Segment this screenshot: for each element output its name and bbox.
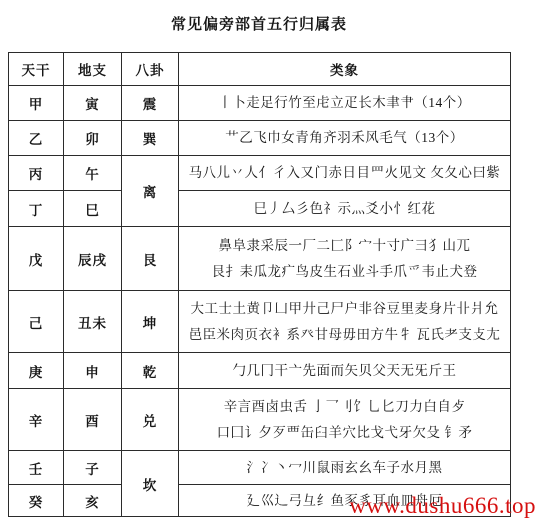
category-line: 氵冫丶冖川鼠雨玄幺车子水月黑 [179,455,510,481]
trigram-cell: 乾 [122,353,179,389]
category-cell: 大工士土黄卩凵甲廾己尸户非谷豆里麦身片卝爿允邑臣米肉页衣衤系癶甘母毋田方牛牜 瓦… [179,291,511,353]
category-line: 巳丿厶彡色礻示灬爻小忄红花 [179,196,510,222]
column-header-category: 类象 [179,53,511,86]
table-row: 戊辰戌艮鼻阜隶采辰一厂二匚阝宀十寸广彐犭山兀艮扌耒瓜龙疒鸟皮生石业斗手爪爫韦止犬… [9,227,511,291]
stem-cell: 乙 [9,121,64,156]
branch-cell: 巳 [64,191,122,227]
page-title: 常见偏旁部首五行归属表 [8,13,510,34]
stem-cell: 甲 [9,86,64,121]
table-row: 壬子坎氵冫丶冖川鼠雨玄幺车子水月黑 [9,451,511,485]
column-header-trigram: 八卦 [122,53,179,86]
radicals-table: 天干 地支 八卦 类象 甲寅震丨卜走足行竹至虍立疋长木聿肀（14个）乙卯巽艹乙飞… [8,52,511,517]
trigram-cell: 艮 [122,227,179,291]
branch-cell: 午 [64,156,122,191]
stem-cell: 癸 [9,485,64,517]
category-cell: 马八儿丷人亻彳入又门赤日目罒火见文 攵夂心曰紫 [179,156,511,191]
stem-cell: 丁 [9,191,64,227]
branch-cell: 亥 [64,485,122,517]
table-row: 丙午离马八儿丷人亻彳入又门赤日目罒火见文 攵夂心曰紫 [9,156,511,191]
trigram-cell: 坤 [122,291,179,353]
category-line: 艮扌耒瓜龙疒鸟皮生石业斗手爪爫韦止犬登 [179,259,510,285]
stem-cell: 己 [9,291,64,353]
table-row: 丁巳巳丿厶彡色礻示灬爻小忄红花 [9,191,511,227]
category-cell: 艹乙飞巾女青角齐羽禾风毛气（13个） [179,121,511,156]
branch-cell: 辰戌 [64,227,122,291]
branch-cell: 酉 [64,389,122,451]
branch-cell: 丑未 [64,291,122,353]
table-row: 甲寅震丨卜走足行竹至虍立疋长木聿肀（14个） [9,86,511,121]
trigram-cell: 离 [122,156,179,227]
table-row: 己丑未坤大工士土黄卩凵甲廾己尸户非谷豆里麦身片卝爿允邑臣米肉页衣衤系癶甘母毋田方… [9,291,511,353]
stem-cell: 戊 [9,227,64,291]
category-cell: 勹几冂干亠先面而矢贝父天无旡斤王 [179,353,511,389]
category-line: 艹乙飞巾女青角齐羽禾风毛气（13个） [179,125,510,151]
category-line: 邑臣米肉页衣衤系癶甘母毋田方牛牜 瓦氏耂支攴尢 [179,322,510,348]
stem-cell: 丙 [9,156,64,191]
column-header-earthly-branch: 地支 [64,53,122,86]
category-cell: 巳丿厶彡色礻示灬爻小忄红花 [179,191,511,227]
table-row: 乙卯巽艹乙飞巾女青角齐羽禾风毛气（13个） [9,121,511,156]
table-row: 庚申乾勹几冂干亠先面而矢贝父天无旡斤王 [9,353,511,389]
category-cell: 丨卜走足行竹至虍立疋长木聿肀（14个） [179,86,511,121]
stem-cell: 壬 [9,451,64,485]
trigram-cell: 巽 [122,121,179,156]
category-line: 马八儿丷人亻彳入又门赤日目罒火见文 攵夂心曰紫 [179,160,510,186]
category-cell: 鼻阜隶采辰一厂二匚阝宀十寸广彐犭山兀艮扌耒瓜龙疒鸟皮生石业斗手爪爫韦止犬登 [179,227,511,291]
column-header-heavenly-stem: 天干 [9,53,64,86]
branch-cell: 卯 [64,121,122,156]
stem-cell: 庚 [9,353,64,389]
category-cell: 氵冫丶冖川鼠雨玄幺车子水月黑 [179,451,511,485]
branch-cell: 申 [64,353,122,389]
watermark-link: www.dushu666.top [349,493,536,518]
category-line: 鼻阜隶采辰一厂二匚阝宀十寸广彐犭山兀 [179,233,510,259]
category-cell: 辛言酉卤虫舌 亅乛刂饣乚匕刀力白自歺口囗讠夕歹覀缶臼羊穴比戈弋牙欠殳 钅矛 [179,389,511,451]
category-line: 辛言酉卤虫舌 亅乛刂饣乚匕刀力白自歺 [179,394,510,420]
trigram-cell: 坎 [122,451,179,517]
trigram-cell: 震 [122,86,179,121]
header-row: 天干 地支 八卦 类象 [9,53,511,86]
category-line: 口囗讠夕歹覀缶臼羊穴比戈弋牙欠殳 钅矛 [179,420,510,446]
category-line: 丨卜走足行竹至虍立疋长木聿肀（14个） [179,90,510,116]
category-line: 勹几冂干亠先面而矢贝父天无旡斤王 [179,358,510,384]
branch-cell: 子 [64,451,122,485]
table-row: 辛酉兑辛言酉卤虫舌 亅乛刂饣乚匕刀力白自歺口囗讠夕歹覀缶臼羊穴比戈弋牙欠殳 钅矛 [9,389,511,451]
category-line: 大工士土黄卩凵甲廾己尸户非谷豆里麦身片卝爿允 [179,296,510,322]
trigram-cell: 兑 [122,389,179,451]
stem-cell: 辛 [9,389,64,451]
branch-cell: 寅 [64,86,122,121]
